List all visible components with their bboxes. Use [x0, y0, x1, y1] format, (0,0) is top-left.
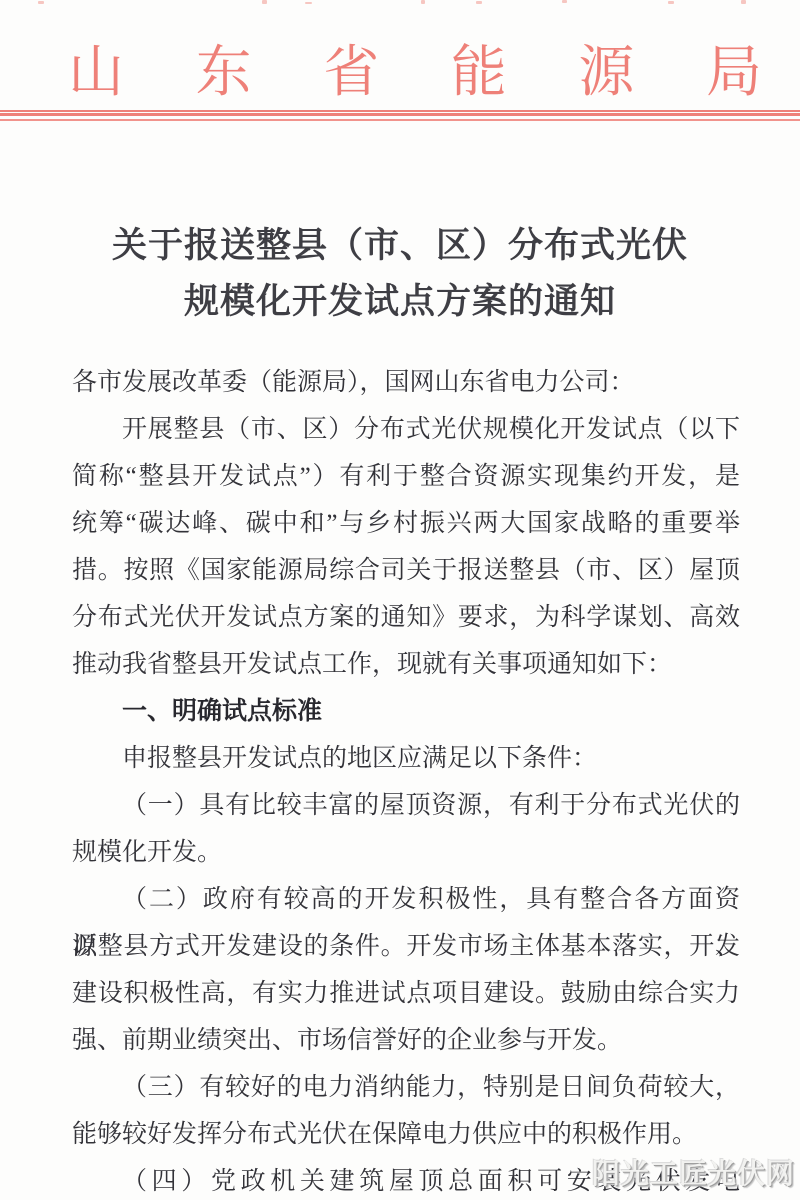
- body-line: 措。按照《国家能源局综合司关于报送整县（市、区）屋顶: [72, 547, 740, 594]
- agency-name-char: 东: [196, 42, 252, 104]
- body-line: 以整县方式开发建设的条件。开发市场主体基本落实，开发: [72, 923, 740, 970]
- letterhead-rule-top: [0, 110, 800, 112]
- body-line: 能够较好发挥分布式光伏在保障电力供应中的积极作用。: [72, 1111, 740, 1158]
- scan-artifact: [562, 0, 567, 3]
- agency-name-char: 省: [323, 42, 379, 104]
- scan-artifact: [38, 1, 44, 4]
- agency-name-char: 山: [68, 42, 124, 104]
- scan-artifact: [421, 0, 425, 4]
- agency-name-char: 能: [451, 42, 507, 104]
- body-line: 各市发展改革委（能源局），国网山东省电力公司：: [72, 359, 740, 406]
- body-line: 强、前期业绩突出、市场信誉好的企业参与开发。: [72, 1017, 740, 1064]
- document-title-line2: 规模化开发试点方案的通知: [0, 274, 800, 330]
- scan-artifact: [668, 1, 674, 4]
- body-line: 推动我省整县开发试点工作，现就有关事项通知如下：: [72, 641, 740, 688]
- body-line: 开展整县（市、区）分布式光伏规模化开发试点（以下: [72, 406, 740, 453]
- body-line: 申报整县开发试点的地区应满足以下条件：: [72, 735, 740, 782]
- body-line: （一）具有比较丰富的屋顶资源，有利于分布式光伏的: [72, 782, 740, 829]
- letterhead-rule-middle: [0, 113, 800, 116]
- agency-name: 山东省能源局: [68, 42, 762, 104]
- document-body: 各市发展改革委（能源局），国网山东省电力公司：开展整县（市、区）分布式光伏规模化…: [72, 359, 740, 1200]
- document-title: 关于报送整县（市、区）分布式光伏 规模化开发试点方案的通知: [0, 218, 800, 330]
- document-title-line1: 关于报送整县（市、区）分布式光伏: [0, 218, 800, 274]
- letterhead-rule-bottom: [0, 119, 800, 121]
- scanned-document-page: 山东省能源局 关于报送整县（市、区）分布式光伏 规模化开发试点方案的通知 各市发…: [0, 0, 800, 1200]
- body-line: （二）政府有较高的开发积极性，具有整合各方面资源、: [72, 876, 740, 923]
- scan-artifact: [262, 0, 267, 4]
- agency-name-char: 源: [578, 42, 634, 104]
- body-line: 建设积极性高，有实力推进试点项目建设。鼓励由综合实力: [72, 970, 740, 1017]
- body-line: 简称“整县开发试点”）有利于整合资源实现集约开发，是: [72, 453, 740, 500]
- agency-name-char: 局: [706, 42, 762, 104]
- body-line: 规模化开发。: [72, 829, 740, 876]
- body-line: （三）有较好的电力消纳能力，特别是日间负荷较大，: [72, 1064, 740, 1111]
- site-watermark: 阳光工匠光伏网: [592, 1152, 795, 1192]
- scan-artifact: [305, 2, 312, 4]
- scan-artifact: [741, 0, 746, 4]
- scan-artifact: [476, 1, 482, 4]
- body-line: 统筹“碳达峰、碳中和”与乡村振兴两大国家战略的重要举: [72, 500, 740, 547]
- section-heading: 一、明确试点标准: [72, 688, 740, 735]
- body-line: 分布式光伏开发试点方案的通知》要求，为科学谋划、高效: [72, 594, 740, 641]
